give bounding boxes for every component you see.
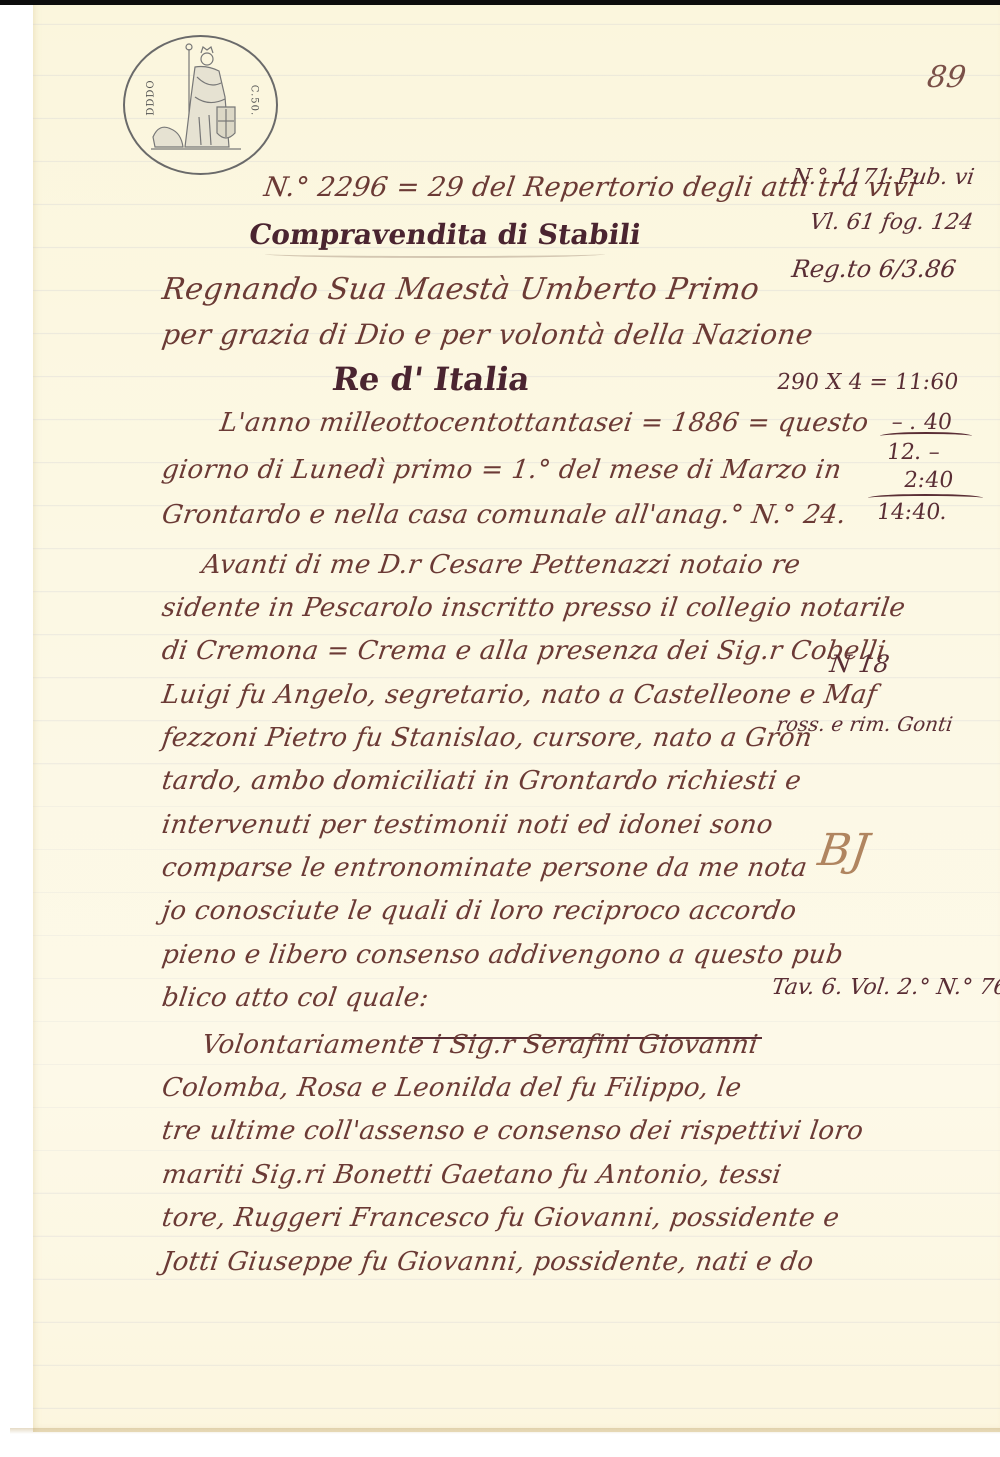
body-line: sidente in Pescarolo inscritto presso il… bbox=[160, 593, 907, 623]
body-line: L'anno milleottocentottantasei = 1886 = … bbox=[218, 408, 870, 438]
stamp-left-text: DDDO bbox=[146, 78, 157, 118]
fee-calc-total: 14:40. bbox=[875, 500, 949, 525]
body-line: Volontariamente i Sig.r Serafini Giovann… bbox=[200, 1030, 760, 1060]
body-line: comparse le entronominate persone da me … bbox=[160, 853, 809, 883]
body-line: fezzoni Pietro fu Stanislao, cursore, na… bbox=[160, 723, 814, 753]
preamble-line-2: per grazia di Dio e per volontà della Na… bbox=[160, 318, 815, 351]
deed-title: Compravendita di Stabili bbox=[247, 218, 643, 251]
fee-calc-line-1: 290 X 4 = 11:60 bbox=[775, 370, 960, 395]
body-line: tardo, ambo domiciliati in Grontardo ric… bbox=[160, 766, 803, 796]
body-line: pieno e libero consenso addivengono a qu… bbox=[160, 940, 845, 970]
preamble-line-1: Regnando Sua Maestà Umberto Primo bbox=[160, 272, 762, 307]
revenue-stamp: DDDO C.50. bbox=[123, 35, 278, 175]
page-bottom-edge bbox=[10, 1428, 1000, 1434]
body-line: mariti Sig.ri Bonetti Gaetano fu Antonio… bbox=[160, 1160, 783, 1190]
title-underline bbox=[265, 250, 605, 258]
body-line: blico atto col quale: bbox=[160, 983, 431, 1013]
body-line: Colomba, Rosa e Leonilda del fu Filippo,… bbox=[160, 1073, 743, 1103]
margin-registration-number: N.° 1171 Pub. vi bbox=[790, 165, 976, 190]
margin-signature-note: ross. e rim. Gonti bbox=[775, 712, 954, 736]
body-line: tre ultime coll'assenso e consenso dei r… bbox=[160, 1116, 865, 1146]
body-line: jo conosciute le quali di loro reciproco… bbox=[160, 896, 798, 926]
fee-calc-line-3: 12. – bbox=[885, 440, 941, 465]
page-number: 89 bbox=[925, 60, 968, 95]
margin-tav-note: Tav. 6. Vol. 2.° N.° 768 bbox=[770, 975, 1000, 1000]
body-line: tore, Ruggeri Francesco fu Giovanni, pos… bbox=[160, 1203, 841, 1233]
body-line: intervenuti per testimonii noti ed idone… bbox=[160, 810, 775, 840]
fee-calc-line-4: 2:40 bbox=[902, 468, 955, 493]
body-line: Luigi fu Angelo, segretario, nato a Cast… bbox=[160, 680, 879, 710]
preamble-line-3: Re d' Italia bbox=[330, 360, 532, 398]
stamp-value-text: C.50. bbox=[249, 81, 260, 121]
body-line: di Cremona = Crema e alla presenza dei S… bbox=[160, 636, 888, 666]
margin-number-note: N 18 bbox=[828, 650, 891, 678]
body-line: Avanti di me D.r Cesare Pettenazzi notai… bbox=[200, 550, 802, 580]
body-line: Jotti Giuseppe fu Giovanni, possidente, … bbox=[160, 1247, 816, 1277]
margin-volume-folio: Vl. 61 fog. 124 bbox=[808, 210, 975, 235]
body-line: giorno di Lunedì primo = 1.° del mese di… bbox=[160, 455, 843, 485]
body-line: Grontardo e nella casa comunale all'anag… bbox=[160, 500, 848, 530]
margin-registration-date: Reg.to 6/3.86 bbox=[790, 255, 958, 283]
margin-initials: BJ bbox=[815, 825, 872, 876]
calc-brace-1 bbox=[880, 432, 972, 440]
